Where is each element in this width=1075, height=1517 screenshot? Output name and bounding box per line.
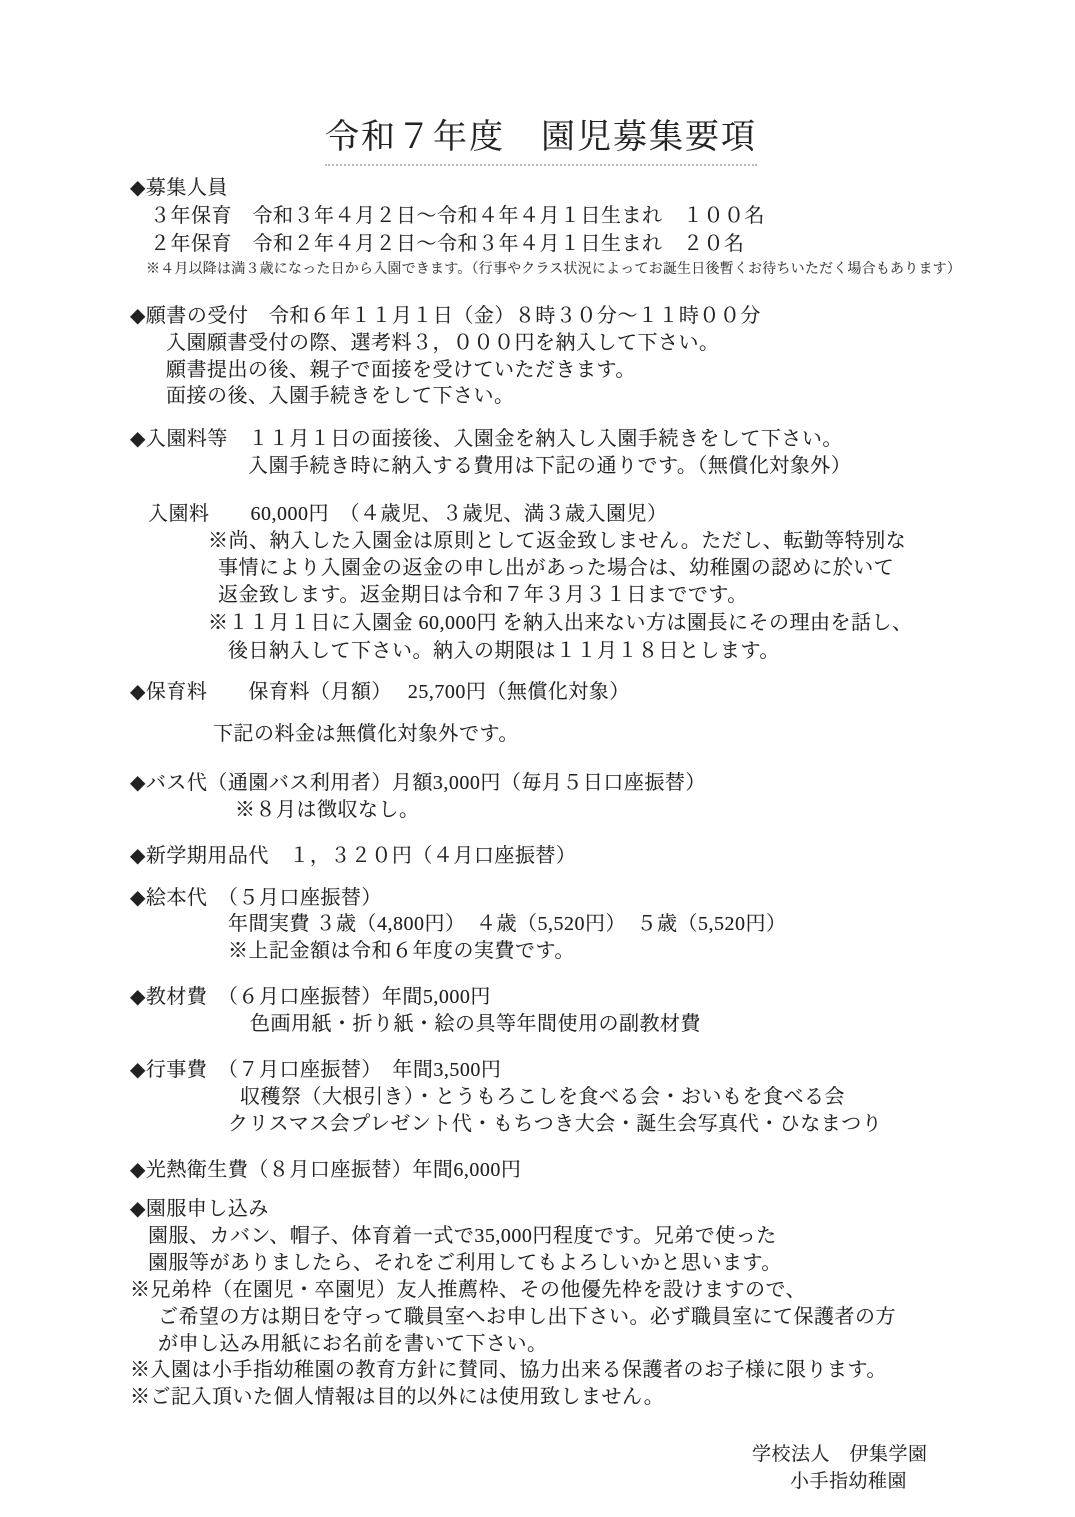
closing-note-3: ※ご記入頂いた個人情報は目的以外には使用致しません。 [130, 1385, 664, 1409]
closing-note-2: ※入園は小手指幼稚園の教育方針に賛同、協力出来る保護者のお子様に限ります。 [130, 1358, 887, 1382]
closing-note-1-cont-a: ご希望の方は期日を守って職員室へお申し出下さい。必ず職員室にて保護者の方 [158, 1305, 896, 1329]
bus-fee-heading: ◆バス代（通園バス利用者）月額3,000円（毎月５日口座振替） [130, 771, 706, 795]
issuer-school-corporation: 学校法人 伊集学園 [752, 1444, 928, 1467]
entrance-fee-note-1a: ※尚、納入した入園金は原則として返金致しません。ただし、転勤等特別な [208, 529, 906, 553]
recruit-2year-line: ２年保育 令和２年４月２日～令和３年４月１日生まれ ２０名 [150, 232, 745, 256]
picture-book-fee-detail: 年間実費 ３歳（4,800円） ４歳（5,520円） ５歳（5,520円） [228, 912, 787, 936]
entrance-fee-note-1b: 事情により入園金の返金の申し出があった場合は、幼稚園の認めに於いて [218, 556, 894, 580]
materials-fee-detail: 色画用紙・折り紙・絵の具等年間使用の副教材費 [250, 1012, 701, 1036]
bus-fee-note: ※８月は徴収なし。 [235, 798, 420, 822]
entrance-fee-line: 入園料 60,000円 （４歳児、３歳児、満３歳入園児） [148, 502, 668, 526]
closing-note-1: ※兄弟枠（在園児・卒園児）友人推薦枠、その他優先枠を設けますので、 [130, 1278, 806, 1302]
supplies-fee-heading: ◆新学期用品代 １，３２０円（４月口座振替） [130, 844, 576, 868]
entrance-fee-note-2b: 後日納入して下さい。納入の期限は１１月１８日とします。 [228, 639, 780, 663]
recruit-3year-line: ３年保育 令和３年４月２日～令和４年４月１日生まれ １００名 [150, 204, 765, 228]
application-line-2: 願書提出の後、親子で面接を受けていただきます。 [166, 358, 636, 382]
uniform-heading: ◆園服申し込み [130, 1197, 269, 1221]
closing-note-1-cont-b: が申し込み用紙にお名前を書いて下さい。 [158, 1332, 548, 1356]
materials-fee-heading: ◆教材費 （６月口座振替）年間5,000円 [130, 985, 491, 1009]
recruit-note: ※４月以降は満３歳になった日から入園できます。（行事やクラス状況によってお誕生日… [146, 262, 961, 279]
issuer-kindergarten-name: 小手指幼稚園 [790, 1471, 907, 1494]
recruit-heading: ◆募集人員 [130, 176, 228, 200]
uniform-detail-2: 園服等がありましたら、それをご利用してもよろしいかと思います。 [148, 1251, 782, 1275]
event-fee-heading: ◆行事費 （７月口座振替） 年間3,500円 [130, 1058, 501, 1082]
childcare-fee-note: 下記の料金は無償化対象外です。 [213, 722, 519, 746]
application-heading: ◆願書の受付 令和６年１１月１日（金）８時３０分～１１時００分 [130, 304, 761, 328]
page-title: 令和７年度 園児募集要項 [325, 118, 757, 166]
event-fee-detail-1: 収穫祭（大根引き）・とうもろこしを食べる会・おいもを食べる会 [240, 1085, 845, 1109]
childcare-fee-heading: ◆保育料 保育料（月額） 25,700円（無償化対象） [130, 680, 630, 704]
entrance-fee-note-2a: ※１１月１日に入園金 60,000円 を納入出来ない方は園長にその理由を話し、 [208, 611, 913, 635]
scanned-document-page: 令和７年度 園児募集要項 ◆募集人員 ３年保育 令和３年４月２日～令和４年４月１… [0, 0, 1075, 1517]
picture-book-fee-note: ※上記金額は令和６年度の実費です。 [228, 939, 575, 963]
uniform-detail-1: 園服、カバン、帽子、体育着一式で35,000円程度です。兄弟で使った [148, 1224, 777, 1248]
application-line-3: 面接の後、入園手続きをして下さい。 [166, 384, 515, 408]
entrance-fee-note-1c: 返金致します。返金期日は令和７年３月３１日までです。 [218, 583, 748, 607]
picture-book-fee-heading: ◆絵本代 （５月口座振替） [130, 886, 382, 910]
utility-fee-heading: ◆光熱衛生費（８月口座振替）年間6,000円 [130, 1158, 521, 1182]
event-fee-detail-2: クリスマス会プレゼント代・もちつき大会・誕生会写真代・ひなまつり [228, 1112, 882, 1136]
entrance-heading: ◆入園料等 １１月１日の面接後、入園金を納入し入園手続きをして下さい。 [130, 427, 843, 451]
application-line-1: 入園願書受付の際、選考料３，０００円を納入して下さい。 [166, 331, 720, 355]
entrance-detail: 入園手続き時に納入する費用は下記の通りです。（無償化対象外） [248, 454, 851, 478]
